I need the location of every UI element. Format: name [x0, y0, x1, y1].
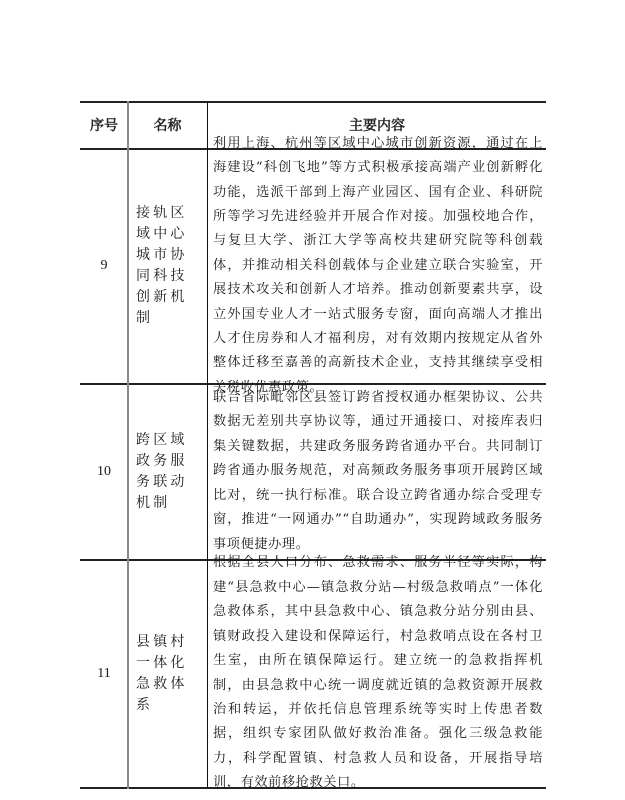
row-content: 联合省际毗邻区县签订跨省授权通办框架协议、公共数据无差别共享协议等，通过开通接口…: [208, 386, 543, 557]
row-name: 县镇村一体化急救体系: [129, 632, 204, 716]
row-content-cell: 联合省际毗邻区县签订跨省授权通办框架协议、公共数据无差别共享协议等，通过开通接口…: [208, 384, 546, 559]
row-name-cell: 接轨区域中心城市协同科技创新机制: [129, 149, 207, 383]
row-index: 9: [80, 149, 128, 383]
row-index: 10: [80, 384, 128, 559]
row-index: 11: [80, 560, 128, 787]
row-content: 根据全县人口分布、急救需求、服务半径等实际，构建“县急救中心—镇急救分站—村级急…: [208, 551, 543, 795]
row-name: 接轨区域中心城市协同科技创新机制: [129, 203, 204, 329]
row-name-cell: 县镇村一体化急救体系: [129, 560, 207, 787]
row-name-cell: 跨区域政务服务联动机制: [129, 384, 207, 559]
row-content: 利用上海、杭州等区域中心城市创新资源，通过在上海建设“科创飞地”等方式积极承接高…: [208, 132, 543, 400]
header-index: 序号: [80, 101, 128, 148]
row-name: 跨区域政务服务联动机制: [129, 430, 204, 514]
row-content-cell: 利用上海、杭州等区域中心城市创新资源，通过在上海建设“科创飞地”等方式积极承接高…: [208, 149, 546, 383]
row-content-cell: 根据全县人口分布、急救需求、服务半径等实际，构建“县急救中心—镇急救分站—村级急…: [208, 560, 546, 787]
header-name: 名称: [128, 101, 207, 148]
